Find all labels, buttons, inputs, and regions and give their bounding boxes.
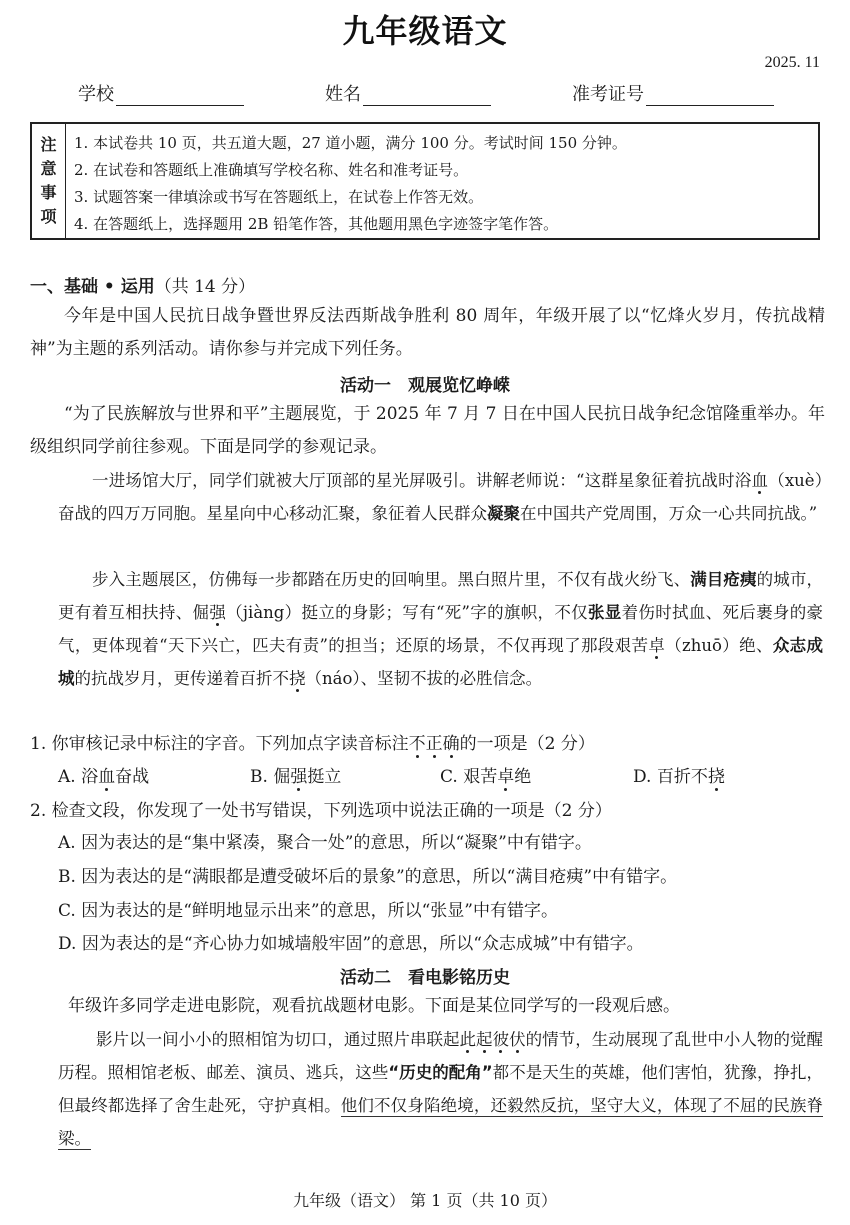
question-1-options: A. 浴血奋战 B. 倔强挺立 C. 艰苦卓绝 D. 百折不挠 — [58, 762, 838, 792]
section-heading: 一、基础 • 运用（共 14 分） — [30, 272, 255, 297]
name-field[interactable]: 姓名 — [325, 80, 491, 106]
activity1-title: 活动一 观展览忆峥嵘 — [0, 371, 850, 396]
activity2-intro: 年级许多同学走进电影院，观看抗战题材电影。下面是某位同学写的一段观后感。 — [68, 990, 850, 1023]
name-label: 姓名 — [325, 80, 361, 106]
notice-items: 1. 本试卷共 10 页，共五道大题，27 道小题，满分 100 分。考试时间 … — [66, 124, 818, 238]
exam-id-blank[interactable] — [646, 85, 774, 106]
notice-item: 4. 在答题纸上，选择题用 2B 铅笔作答，其他题用黑色字迹签字笔作答。 — [74, 211, 818, 238]
visit-record-paragraph-1: 一进场馆大厅，同学们就被大厅顶部的星光屏吸引。讲解老师说：“这群星象征着抗战时浴… — [58, 464, 823, 530]
page-footer: 九年级（语文） 第 1 页（共 10 页） — [0, 1188, 850, 1211]
notice-heading: 注 意 事 项 — [32, 124, 66, 238]
q2-option-d[interactable]: D. 因为表达的是“齐心协力如城墙般牢固”的意思，所以“众志成城”中有错字。 — [58, 929, 644, 954]
exam-date: 2025. 11 — [765, 54, 820, 72]
notice-box: 注 意 事 项 1. 本试卷共 10 页，共五道大题，27 道小题，满分 100… — [30, 122, 820, 240]
exam-id-field[interactable]: 准考证号 — [572, 80, 774, 106]
notice-item: 2. 在试卷和答题纸上准确填写学校名称、姓名和准考证号。 — [74, 157, 818, 184]
q1-option-b[interactable]: B. 倔强挺立 — [250, 762, 341, 787]
activity2-title: 活动二 看电影铭历史 — [0, 963, 850, 988]
q2-option-b[interactable]: B. 因为表达的是“满眼都是遭受破坏后的景象”的意思，所以“满目疮痍”中有错字。 — [58, 862, 677, 887]
q2-option-a[interactable]: A. 因为表达的是“集中紧凑，聚合一处”的意思，所以“凝聚”中有错字。 — [58, 828, 592, 853]
student-info-fields: 学校 姓名 准考证号 — [0, 80, 850, 106]
q2-option-c[interactable]: C. 因为表达的是“鲜明地显示出来”的意思，所以“张显”中有错字。 — [58, 896, 558, 921]
q1-option-d[interactable]: D. 百折不挠 — [633, 762, 725, 787]
q1-option-a[interactable]: A. 浴血奋战 — [58, 762, 149, 787]
name-blank[interactable] — [363, 85, 491, 106]
q1-option-c[interactable]: C. 艰苦卓绝 — [440, 762, 531, 787]
question-2-stem: 2. 检查文段，你发现了一处书写错误，下列选项中说法正确的一项是（2 分） — [30, 795, 825, 828]
exam-title: 九年级语文 — [0, 6, 850, 52]
school-field[interactable]: 学校 — [78, 80, 244, 106]
notice-item: 1. 本试卷共 10 页，共五道大题，27 道小题，满分 100 分。考试时间 … — [74, 130, 818, 157]
activity1-intro: “为了民族解放与世界和平”主题展览，于 2025 年 7 月 7 日在中国人民抗… — [30, 398, 825, 464]
visit-record-paragraph-2: 步入主题展区，仿佛每一步都踏在历史的回响里。黑白照片里，不仅有战火纷飞、满目疮痍… — [58, 563, 823, 695]
notice-item: 3. 试题答案一律填涂或书写在答题纸上，在试卷上作答无效。 — [74, 184, 818, 211]
school-blank[interactable] — [116, 85, 244, 106]
section-intro: 今年是中国人民抗日战争暨世界反法西斯战争胜利 80 周年，年级开展了以“忆烽火岁… — [30, 300, 825, 366]
question-1-stem: 1. 你审核记录中标注的字音。下列加点字读音标注不正确的一项是（2 分） — [30, 728, 825, 761]
exam-id-label: 准考证号 — [572, 80, 644, 106]
school-label: 学校 — [78, 80, 114, 106]
film-review-paragraph: 影片以一间小小的照相馆为切口，通过照片串联起此起彼伏的情节，生动展现了乱世中小人… — [58, 1023, 823, 1155]
